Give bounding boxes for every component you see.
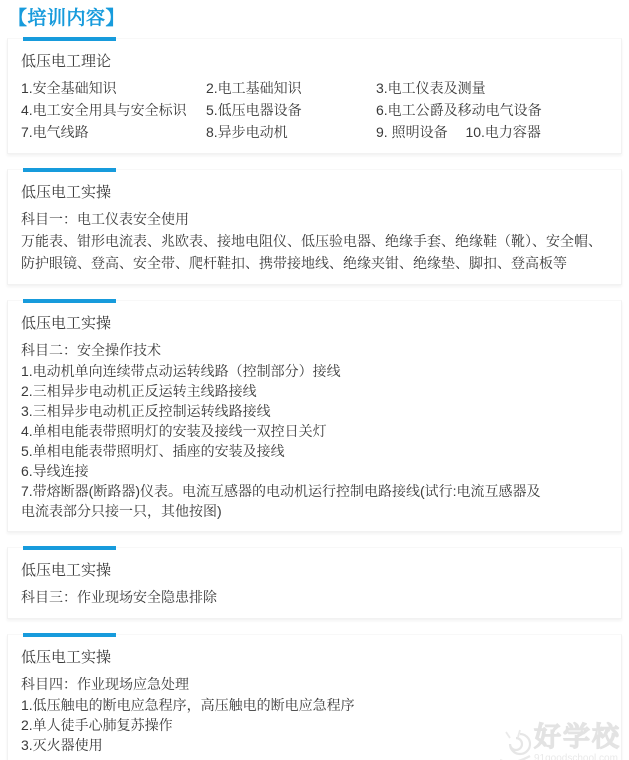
training-content-page: 【培训内容】 低压电工理论 1.安全基础知识 2.电工基础知识 3.电工仪表及测… <box>0 8 629 760</box>
section-accent-line <box>23 168 116 172</box>
course-item: 4.单相电能表带照明灯的安装及接线一双控日关灯 <box>21 421 613 441</box>
course-item: 2.单人徒手心肺复苏操作 <box>21 715 613 735</box>
section-accent-line <box>23 299 116 303</box>
course-item: 3.灭火器使用 <box>21 735 613 755</box>
course-item: 1.低压触电的断电应急程序，高压触电的断电应急程序 <box>21 695 613 715</box>
topic-cell: 4.电工安全用具与安全标识 <box>21 99 206 121</box>
section-card-theory: 低压电工理论 1.安全基础知识 2.电工基础知识 3.电工仪表及测量 4.电工安… <box>7 38 622 154</box>
topic-cell: 1.安全基础知识 <box>21 77 206 99</box>
section-accent-line <box>23 546 116 550</box>
course-item: 3.三相异步电动机正反控制运转线路接线 <box>21 401 613 421</box>
equipment-list-paragraph: 万能表、钳形电流表、兆欧表、接地电阻仪、低压验电器、绝缘手套、绝缘鞋（靴）、安全… <box>21 230 613 274</box>
course-item: 1.电动机单向连续带点动运转线路（控制部分）接线 <box>21 361 613 381</box>
section-accent-line <box>23 37 116 41</box>
topic-cell: 6.电工公爵及移动电气设备 <box>376 99 613 121</box>
course-item: 7.带熔断器(断路器)仪表。电流互感器的电动机运行控制电路接线(试行:电流互感器… <box>21 481 613 501</box>
section-card-subject-1: 低压电工实操 科目一：电工仪表安全使用 万能表、钳形电流表、兆欧表、接地电阻仪、… <box>7 169 622 285</box>
topic-cell: 5.低压电器设备 <box>206 99 376 121</box>
section-title: 低压电工理论 <box>21 51 613 73</box>
section-subtitle: 科目一：电工仪表安全使用 <box>21 208 613 230</box>
topic-cell: 7.电气线路 <box>21 121 206 143</box>
section-title: 低压电工实操 <box>21 560 613 582</box>
course-item: 5.单相电能表带照明灯、插座的安装及接线 <box>21 441 613 461</box>
section-accent-line <box>23 633 116 637</box>
section-title: 低压电工实操 <box>21 647 613 669</box>
section-title: 低压电工实操 <box>21 313 613 335</box>
section-title: 低压电工实操 <box>21 182 613 204</box>
section-card-subject-3: 低压电工实操 科目三：作业现场安全隐患排除 <box>7 547 622 619</box>
topic-cell: 2.电工基础知识 <box>206 77 376 99</box>
page-title: 【培训内容】 <box>8 8 629 30</box>
section-card-subject-4: 低压电工实操 科目四：作业现场应急处理 1.低压触电的断电应急程序，高压触电的断… <box>7 634 622 760</box>
topic-cell: 9. 照明设备 10.电力容器 <box>376 121 613 143</box>
course-item: 6.导线连接 <box>21 461 613 481</box>
course-item-continuation: 电流表部分只接一只，其他按图) <box>21 501 613 521</box>
section-card-subject-2: 低压电工实操 科目二：安全操作技术 1.电动机单向连续带点动运转线路（控制部分）… <box>7 300 622 532</box>
section-subtitle: 科目四：作业现场应急处理 <box>21 673 613 695</box>
course-item: 2.三相异步电动机正反运转主线路接线 <box>21 381 613 401</box>
topic-cell: 3.电工仪表及测量 <box>376 77 613 99</box>
theory-topics-grid: 1.安全基础知识 2.电工基础知识 3.电工仪表及测量 4.电工安全用具与安全标… <box>21 77 613 143</box>
section-subtitle: 科目三：作业现场安全隐患排除 <box>21 586 613 608</box>
topic-cell: 8.异步电动机 <box>206 121 376 143</box>
section-subtitle: 科目二：安全操作技术 <box>21 339 613 361</box>
